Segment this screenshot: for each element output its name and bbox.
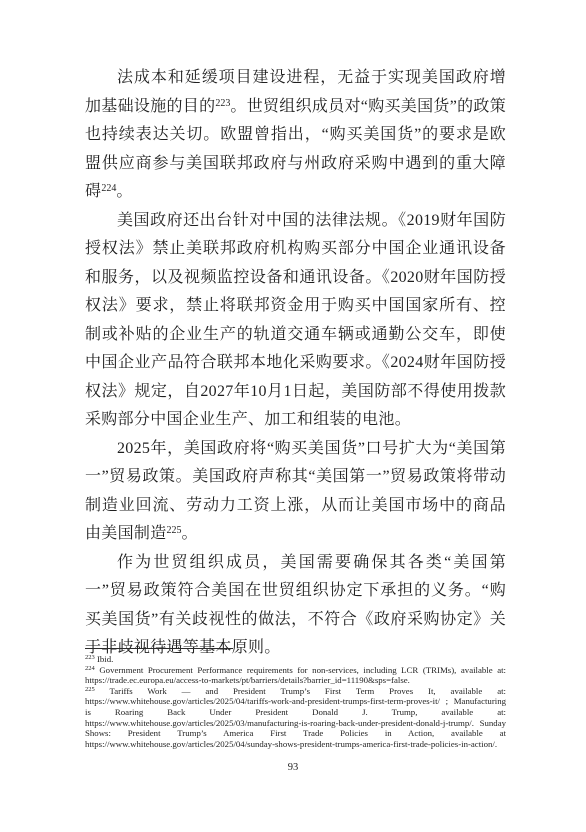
- footnote-number: 225: [85, 686, 95, 693]
- page-number: 93: [0, 762, 586, 773]
- footnote-ref: 225: [167, 525, 182, 536]
- footnote-separator: [85, 648, 233, 649]
- text-run: 。: [182, 525, 198, 542]
- footnote-ref: 224: [101, 183, 116, 194]
- footnote-item: 224 Government Procurement Performance r…: [85, 665, 506, 686]
- footnote-item: 225 Tariffs Work — and President Trump’s…: [85, 686, 506, 750]
- paragraph: 2025年，美国政府将“购买美国货”口号扩大为“美国第一”贸易政策。美国政府声称…: [85, 435, 506, 549]
- footnote-list: 223 Ibid.224 Government Procurement Perf…: [85, 654, 506, 749]
- text-run: 美国政府还出台针对中国的法律法规。《2019财年国防授权法》禁止美联邦政府机构购…: [85, 212, 506, 429]
- text-run: 。: [116, 183, 132, 200]
- footnote-item: 223 Ibid.: [85, 654, 506, 665]
- main-text: 法成本和延缓项目建设进程，无益于实现美国政府增加基础设施的目的223。世贸组织成…: [85, 64, 506, 663]
- footnote-ref: 223: [215, 98, 230, 109]
- document-page: 法成本和延缓项目建设进程，无益于实现美国政府增加基础设施的目的223。世贸组织成…: [0, 0, 586, 832]
- footnote-number: 224: [85, 665, 95, 672]
- text-run: 2025年，美国政府将“购买美国货”口号扩大为“美国第一”贸易政策。美国政府声称…: [85, 440, 506, 543]
- text-run: 作为世贸组织成员，美国需要确保其各类“美国第一”贸易政策符合美国在世贸组织协定下…: [85, 554, 506, 657]
- footnote-number: 223: [85, 654, 95, 661]
- paragraph: 法成本和延缓项目建设进程，无益于实现美国政府增加基础设施的目的223。世贸组织成…: [85, 64, 506, 207]
- paragraph: 美国政府还出台针对中国的法律法规。《2019财年国防授权法》禁止美联邦政府机构购…: [85, 207, 506, 435]
- footnotes-section: 223 Ibid.224 Government Procurement Perf…: [85, 642, 506, 749]
